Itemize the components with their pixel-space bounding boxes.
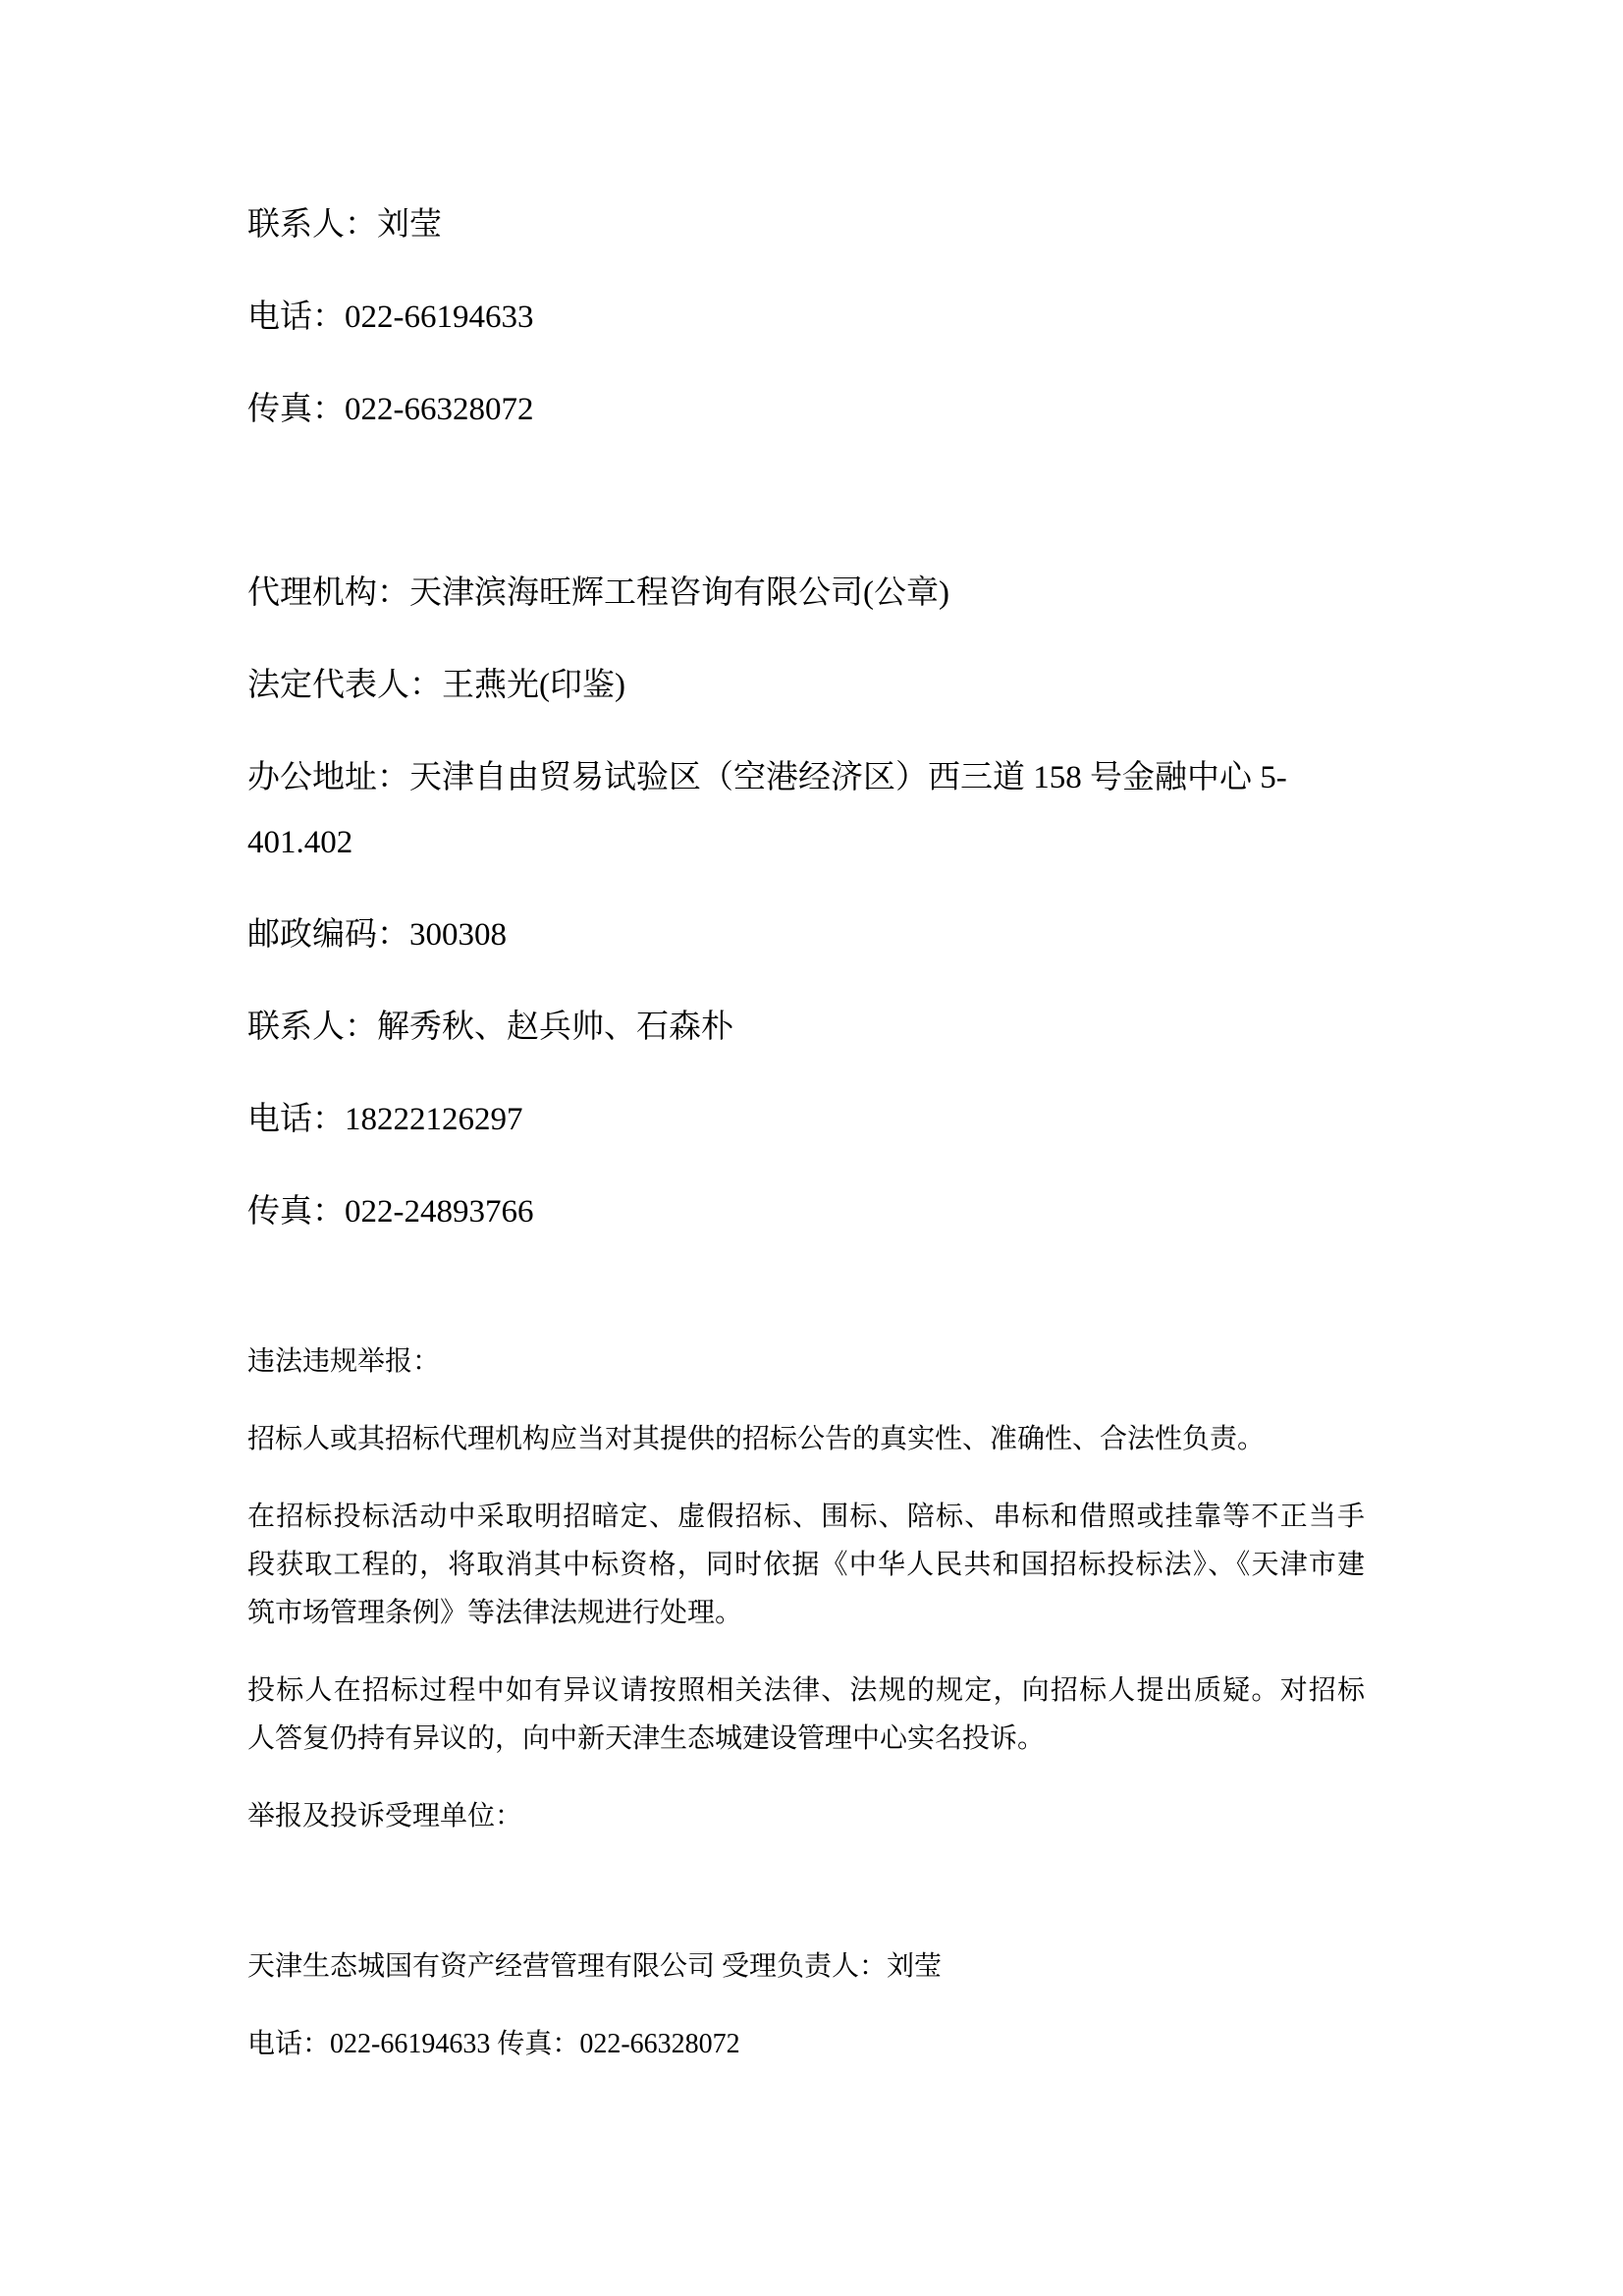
agency-block: 代理机构：天津滨海旺辉工程咨询有限公司(公章) 法定代表人：王燕光(印鉴) 办公… [247, 561, 1365, 1244]
document-content: 联系人：刘莹 电话：022-66194633 传真：022-66328072 代… [247, 192, 1365, 2098]
violation-paragraph-2-line-2: 段获取工程的，将取消其中标资格，同时依据《中华人民共和国招标投标法》、《天津市建 [247, 1541, 1365, 1589]
violation-paragraph-2: 在招标投标活动中采取明招暗定、虚假招标、围标、陪标、串标和借照或挂靠等不正当手 … [247, 1493, 1365, 1637]
tenderer-phone-line: 电话：022-66194633 [247, 285, 1365, 350]
violation-paragraph-2-line-3: 筑市场管理条例》等法律法规进行处理。 [247, 1589, 1365, 1637]
agency-address-line-1: 办公地址：天津自由贸易试验区（空港经济区）西三道 158 号金融中心 5- [247, 745, 1365, 810]
agency-contacts-line: 联系人：解秀秋、赵兵帅、石森朴 [247, 995, 1365, 1060]
accepting-unit-phone-fax-line: 电话：022-66194633 传真：022-66328072 [247, 2020, 1365, 2068]
agency-address-paragraph: 办公地址：天津自由贸易试验区（空港经济区）西三道 158 号金融中心 5- 40… [247, 745, 1365, 875]
agency-postcode-line: 邮政编码：300308 [247, 902, 1365, 967]
agency-phone-line: 电话：18222126297 [247, 1087, 1365, 1152]
section-gap [247, 1272, 1365, 1338]
agency-address-line-2: 401.402 [247, 810, 1365, 875]
violation-paragraph-2-line-1: 在招标投标活动中采取明招暗定、虚假招标、围标、陪标、串标和借照或挂靠等不正当手 [247, 1493, 1365, 1541]
accepting-unit-block: 天津生态城国有资产经营管理有限公司 受理负责人：刘莹 电话：022-661946… [247, 1942, 1365, 2068]
agency-name-line: 代理机构：天津滨海旺辉工程咨询有限公司(公章) [247, 561, 1365, 626]
violation-paragraph-1: 招标人或其招标代理机构应当对其提供的招标公告的真实性、准确性、合法性负责。 [247, 1415, 1365, 1463]
violation-paragraph-3: 投标人在招标过程中如有异议请按照相关法律、法规的规定，向招标人提出质疑。对招标 … [247, 1667, 1365, 1763]
tenderer-contact-line: 联系人：刘莹 [247, 192, 1365, 257]
document-page: 联系人：刘莹 电话：022-66194633 传真：022-66328072 代… [0, 0, 1623, 2296]
violation-paragraph-3-line-2: 人答复仍持有异议的，向中新天津生态城建设管理中心实名投诉。 [247, 1715, 1365, 1763]
agency-legal-rep-line: 法定代表人：王燕光(印鉴) [247, 653, 1365, 718]
accepting-unit-line: 天津生态城国有资产经营管理有限公司 受理负责人：刘莹 [247, 1942, 1365, 1991]
section-gap [247, 469, 1365, 561]
violation-notice-block: 违法违规举报： 招标人或其招标代理机构应当对其提供的招标公告的真实性、准确性、合… [247, 1338, 1365, 1840]
violation-heading: 违法违规举报： [247, 1338, 1365, 1386]
violation-paragraph-3-line-1: 投标人在招标过程中如有异议请按照相关法律、法规的规定，向招标人提出质疑。对招标 [247, 1667, 1365, 1715]
tenderer-fax-line: 传真：022-66328072 [247, 377, 1365, 442]
accepting-unit-label: 举报及投诉受理单位： [247, 1792, 1365, 1840]
tenderer-contact-block: 联系人：刘莹 电话：022-66194633 传真：022-66328072 [247, 192, 1365, 442]
section-gap [247, 1870, 1365, 1942]
agency-fax-line: 传真：022-24893766 [247, 1179, 1365, 1244]
